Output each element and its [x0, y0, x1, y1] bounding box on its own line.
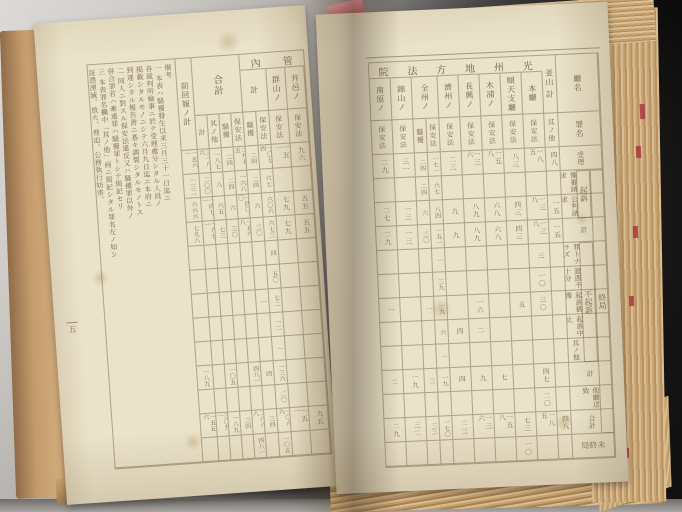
- folio-marker: 五: [66, 322, 78, 334]
- data-cell: [489, 293, 511, 318]
- row-label: 公判請求: [563, 195, 577, 217]
- data-cell: 三〇: [418, 225, 432, 250]
- data-cell: 九: [443, 199, 465, 224]
- data-cell: [374, 178, 396, 203]
- data-cell: 一三六: [473, 414, 495, 439]
- data-cell: [508, 245, 530, 270]
- data-cell: 一三二: [183, 174, 201, 199]
- data-cell: [282, 287, 303, 312]
- data-cell: 一五八: [483, 150, 505, 175]
- data-cell: 七: [492, 365, 514, 390]
- court-band-cell: [390, 61, 412, 78]
- red-mark-on-fore-edge: [636, 146, 641, 158]
- red-mark-on-fore-edge: [629, 296, 634, 306]
- subcolumn-header: 保安法: [269, 110, 290, 145]
- data-cell: [302, 310, 323, 335]
- data-cell: [553, 315, 568, 340]
- data-cell: 二四: [415, 153, 429, 178]
- data-cell: 一: [432, 248, 446, 273]
- data-cell: 三一: [394, 153, 416, 178]
- data-cell: [307, 382, 328, 407]
- data-cell: [297, 238, 318, 263]
- column-header: 錦山ノ: [391, 77, 414, 120]
- subcolumn-header: 保安法: [481, 116, 503, 151]
- data-cell: [301, 286, 322, 311]
- jurisdiction-band-cell: [265, 52, 285, 69]
- data-cell: 一九: [403, 369, 425, 394]
- data-cell: [484, 173, 506, 198]
- data-cell: 二: [469, 318, 491, 343]
- data-cell: 一五八: [494, 413, 516, 438]
- data-cell: [385, 442, 407, 467]
- left-page-table: 備考 一 本表ハ騷擾發生以来三月三十一日迄ニ 各裁判所檢事ニ於テ受理處分シタル人…: [86, 49, 332, 469]
- data-cell: [283, 311, 304, 336]
- data-cell: [406, 441, 428, 466]
- data-cell: [378, 274, 400, 299]
- data-cell: [442, 175, 464, 200]
- data-cell: 六: [435, 320, 449, 345]
- data-cell: 一三八: [528, 220, 550, 245]
- data-cell: [280, 263, 301, 288]
- data-cell: 七三: [515, 412, 537, 437]
- data-cell: 四八: [546, 147, 561, 172]
- data-cell: 一五一: [431, 224, 445, 249]
- data-cell: [466, 246, 488, 271]
- data-cell: 一八五: [525, 148, 547, 173]
- court-band-cell: [479, 58, 501, 75]
- data-cell: 九五: [309, 405, 330, 430]
- data-cell: 三〇: [531, 292, 553, 317]
- data-cell: 一三六: [462, 150, 484, 175]
- data-cell: [551, 267, 566, 292]
- row-label: 受理: [561, 146, 601, 169]
- row-label: 證憑不十分: [566, 267, 580, 289]
- column-header: 計: [240, 69, 269, 113]
- data-cell: [190, 270, 208, 295]
- data-cell: 八九: [465, 222, 487, 247]
- data-cell: [400, 297, 422, 322]
- data-cell: [532, 316, 554, 341]
- data-cell: 二: [382, 370, 404, 395]
- data-cell: [558, 435, 573, 460]
- data-cell: 八四: [430, 200, 444, 225]
- data-cell: [447, 295, 469, 320]
- data-cell: [285, 335, 306, 360]
- subcolumn-header: 其ノ他: [544, 113, 559, 148]
- data-cell: [470, 342, 492, 367]
- data-cell: [404, 393, 426, 418]
- data-cell: 一五: [549, 219, 564, 244]
- data-cell: [547, 171, 562, 196]
- data-cell: [195, 341, 213, 366]
- corner-office-label: 廳名: [556, 53, 600, 113]
- data-cell: [513, 364, 535, 389]
- data-cell: [445, 247, 467, 272]
- data-cell: 一六: [468, 294, 490, 319]
- data-cell: [491, 341, 513, 366]
- data-cell: [472, 390, 494, 415]
- data-cell: 一三八: [527, 196, 549, 221]
- column-header: 合計: [191, 55, 243, 116]
- data-cell: 六八: [485, 197, 507, 222]
- data-cell: [306, 358, 327, 383]
- data-cell: 二九: [384, 418, 406, 443]
- data-cell: [556, 387, 571, 412]
- data-cell: [422, 321, 436, 346]
- data-cell: [514, 388, 536, 413]
- court-band-cell: [369, 62, 391, 79]
- data-cell: [453, 439, 475, 464]
- data-cell: [188, 246, 206, 271]
- data-cell: [273, 167, 294, 192]
- data-cell: 一: [379, 298, 401, 323]
- data-cell: 一〇: [530, 268, 552, 293]
- data-cell: 一: [436, 344, 450, 369]
- data-cell: [377, 250, 399, 275]
- data-cell: [402, 345, 424, 370]
- data-cell: 一八五: [536, 411, 558, 436]
- data-cell: 三三: [426, 417, 440, 442]
- data-cell: [380, 322, 402, 347]
- row-label: 起訴中止: [568, 315, 582, 337]
- data-cell: 三: [424, 369, 438, 394]
- court-band-cell: [437, 59, 459, 76]
- data-cell: [438, 392, 452, 417]
- data-cell: [192, 294, 210, 319]
- data-cell: 五五: [294, 190, 315, 215]
- data-cell: 四八: [557, 411, 572, 436]
- data-cell: [425, 393, 439, 418]
- data-cell: 一九: [434, 296, 448, 321]
- left-page: 五 備考 一 本表ハ騷擾發生以来三月三十一日迄ニ 各裁判所檢事ニ於テ受理處分シタ…: [34, 5, 339, 505]
- data-cell: 六七: [429, 176, 443, 201]
- jurisdiction-band-cell: [284, 50, 304, 67]
- data-cell: 五: [510, 292, 532, 317]
- data-cell: [304, 334, 325, 359]
- data-cell: [198, 389, 216, 414]
- data-cell: [449, 343, 471, 368]
- data-cell: [399, 273, 421, 298]
- data-cell: [383, 394, 405, 419]
- data-cell: 七九八: [187, 222, 205, 247]
- data-cell: [493, 389, 515, 414]
- data-cell: 九六: [290, 142, 311, 167]
- data-cell: [487, 245, 509, 270]
- data-cell: 三九: [433, 272, 447, 297]
- photo-of-open-ledger-book: 五 備考 一 本表ハ騷擾發生以来三月三十一日迄ニ 各裁判所檢事ニ於テ受理處分シタ…: [0, 0, 682, 512]
- column-header: 木浦ノ: [479, 74, 502, 117]
- data-cell: 一: [421, 297, 435, 322]
- data-cell: [474, 438, 496, 463]
- row-label: 起訴猶豫: [567, 291, 581, 313]
- data-cell: 一〇: [516, 436, 538, 461]
- data-cell: [554, 339, 569, 364]
- data-cell: [550, 243, 565, 268]
- right-page: 南原ノ保安法二九二七二九一二二九錦山ノ保安法三一一三一三一九三二全州ノ騷擾二四二…: [316, 2, 629, 494]
- data-cell: 一九: [437, 368, 451, 393]
- data-cell: [488, 269, 510, 294]
- data-cell: 九: [444, 223, 466, 248]
- data-cell: 二三: [441, 151, 463, 176]
- data-cell: 六六六: [185, 198, 203, 223]
- data-cell: [381, 346, 403, 371]
- data-cell: 三二: [405, 417, 427, 442]
- court-band-cell: [521, 56, 543, 73]
- data-cell: [495, 437, 517, 462]
- data-cell: 七九: [277, 215, 298, 240]
- row-label-cell: 受理: [560, 145, 603, 171]
- data-cell: [311, 429, 332, 454]
- data-cell: 六八: [486, 221, 508, 246]
- data-cell: [509, 268, 531, 293]
- data-cell: 九: [471, 366, 493, 391]
- data-cell: [451, 391, 473, 416]
- data-cell: 一七〇: [439, 416, 453, 441]
- data-cell: [467, 270, 489, 295]
- data-cell: [401, 321, 423, 346]
- data-cell: 一五六一: [182, 150, 200, 175]
- data-cell: 二九: [376, 226, 398, 251]
- data-cell: 四三: [507, 221, 529, 246]
- data-cell: [202, 437, 220, 462]
- data-cell: [299, 262, 320, 287]
- subcolumn-header: 保安法: [502, 115, 524, 150]
- data-cell: 四三: [506, 197, 528, 222]
- column-header: 長興ノ: [458, 75, 481, 118]
- row-label: 局終未: [573, 434, 613, 457]
- data-cell: 三: [529, 244, 551, 269]
- data-cell: [537, 435, 559, 460]
- data-cell: 二〇: [535, 387, 557, 412]
- data-cell: [463, 174, 485, 199]
- data-cell: 二三: [452, 415, 474, 440]
- row-label: 豫審請求: [562, 171, 576, 193]
- court-band-cell: [458, 59, 480, 76]
- column-header: 本廳: [521, 72, 544, 115]
- data-cell: 二四: [416, 177, 430, 202]
- data-cell: [398, 249, 420, 274]
- column-header: 濟州ノ: [437, 75, 460, 118]
- row-label: 其ノ他: [569, 339, 583, 361]
- data-cell: 四七: [534, 363, 556, 388]
- data-cell: 一五一: [272, 143, 293, 168]
- data-cell: [420, 273, 434, 298]
- row-label: 罪トナラズ: [565, 243, 579, 265]
- data-cell: 一三: [396, 201, 418, 226]
- data-cell: 八九: [464, 198, 486, 223]
- data-cell: [512, 340, 534, 365]
- data-cell: [292, 166, 313, 191]
- data-cell: 五五: [295, 214, 316, 239]
- subcolumn-header: 保安法: [392, 119, 414, 154]
- data-cell: 四: [448, 319, 470, 344]
- data-cell: [427, 441, 441, 466]
- data-cell: 二九: [373, 154, 395, 179]
- column-header: 順天支廳: [500, 73, 523, 116]
- data-cell: 八三: [504, 149, 526, 174]
- data-cell: [552, 291, 567, 316]
- column-header: 南原ノ: [370, 78, 393, 121]
- subcolumn-header: 保安法: [439, 117, 461, 152]
- data-cell: 一五: [548, 195, 563, 220]
- data-cell: 一五五六: [200, 413, 218, 438]
- data-cell: [533, 340, 555, 365]
- data-cell: [490, 317, 512, 342]
- data-cell: [287, 359, 308, 384]
- foxing-stain: [214, 30, 241, 54]
- data-cell: [419, 249, 433, 274]
- data-cell: [395, 177, 417, 202]
- right-page-table: 南原ノ保安法二九二七二九一二二九錦山ノ保安法三一一三一三一九三二全州ノ騷擾二四二…: [368, 52, 616, 468]
- red-mark-on-fore-edge: [633, 226, 638, 238]
- corner-crime-label: 罪名: [558, 111, 601, 147]
- data-cell: 六: [417, 201, 431, 226]
- data-cell: [555, 363, 570, 388]
- data-cell: [288, 383, 309, 408]
- data-cell: [526, 172, 548, 197]
- jurisdiction-band-cell: [239, 53, 266, 71]
- data-cell: 四: [450, 367, 472, 392]
- data-cell: [423, 345, 437, 370]
- column-header: 井邑ノ: [285, 66, 307, 109]
- data-cell: [511, 316, 533, 341]
- subcolumn-header: 保安法: [288, 108, 309, 143]
- row-label-cell: 局終未: [572, 433, 615, 459]
- court-band-cell: [500, 57, 522, 74]
- data-cell: 一五一: [290, 407, 311, 432]
- data-cell: 七九: [275, 191, 296, 216]
- data-cell: 一八九: [197, 365, 215, 390]
- court-band-cell: [411, 60, 438, 77]
- data-cell: 一三: [397, 225, 419, 250]
- subcolumn-header: 保安法: [460, 116, 482, 151]
- data-cell: [446, 271, 468, 296]
- subcolumn-header: 保安法: [371, 120, 393, 155]
- red-mark-on-fore-edge: [640, 104, 646, 119]
- column-header: 全州ノ: [412, 76, 440, 119]
- data-cell: [440, 440, 454, 465]
- data-cell: [505, 173, 527, 198]
- data-cell: [278, 239, 299, 264]
- subcolumn-header: 保安法: [523, 114, 545, 149]
- data-cell: 二七: [375, 202, 397, 227]
- data-cell: [292, 431, 313, 456]
- data-cell: [193, 318, 211, 343]
- data-cell: 一七一: [428, 152, 442, 177]
